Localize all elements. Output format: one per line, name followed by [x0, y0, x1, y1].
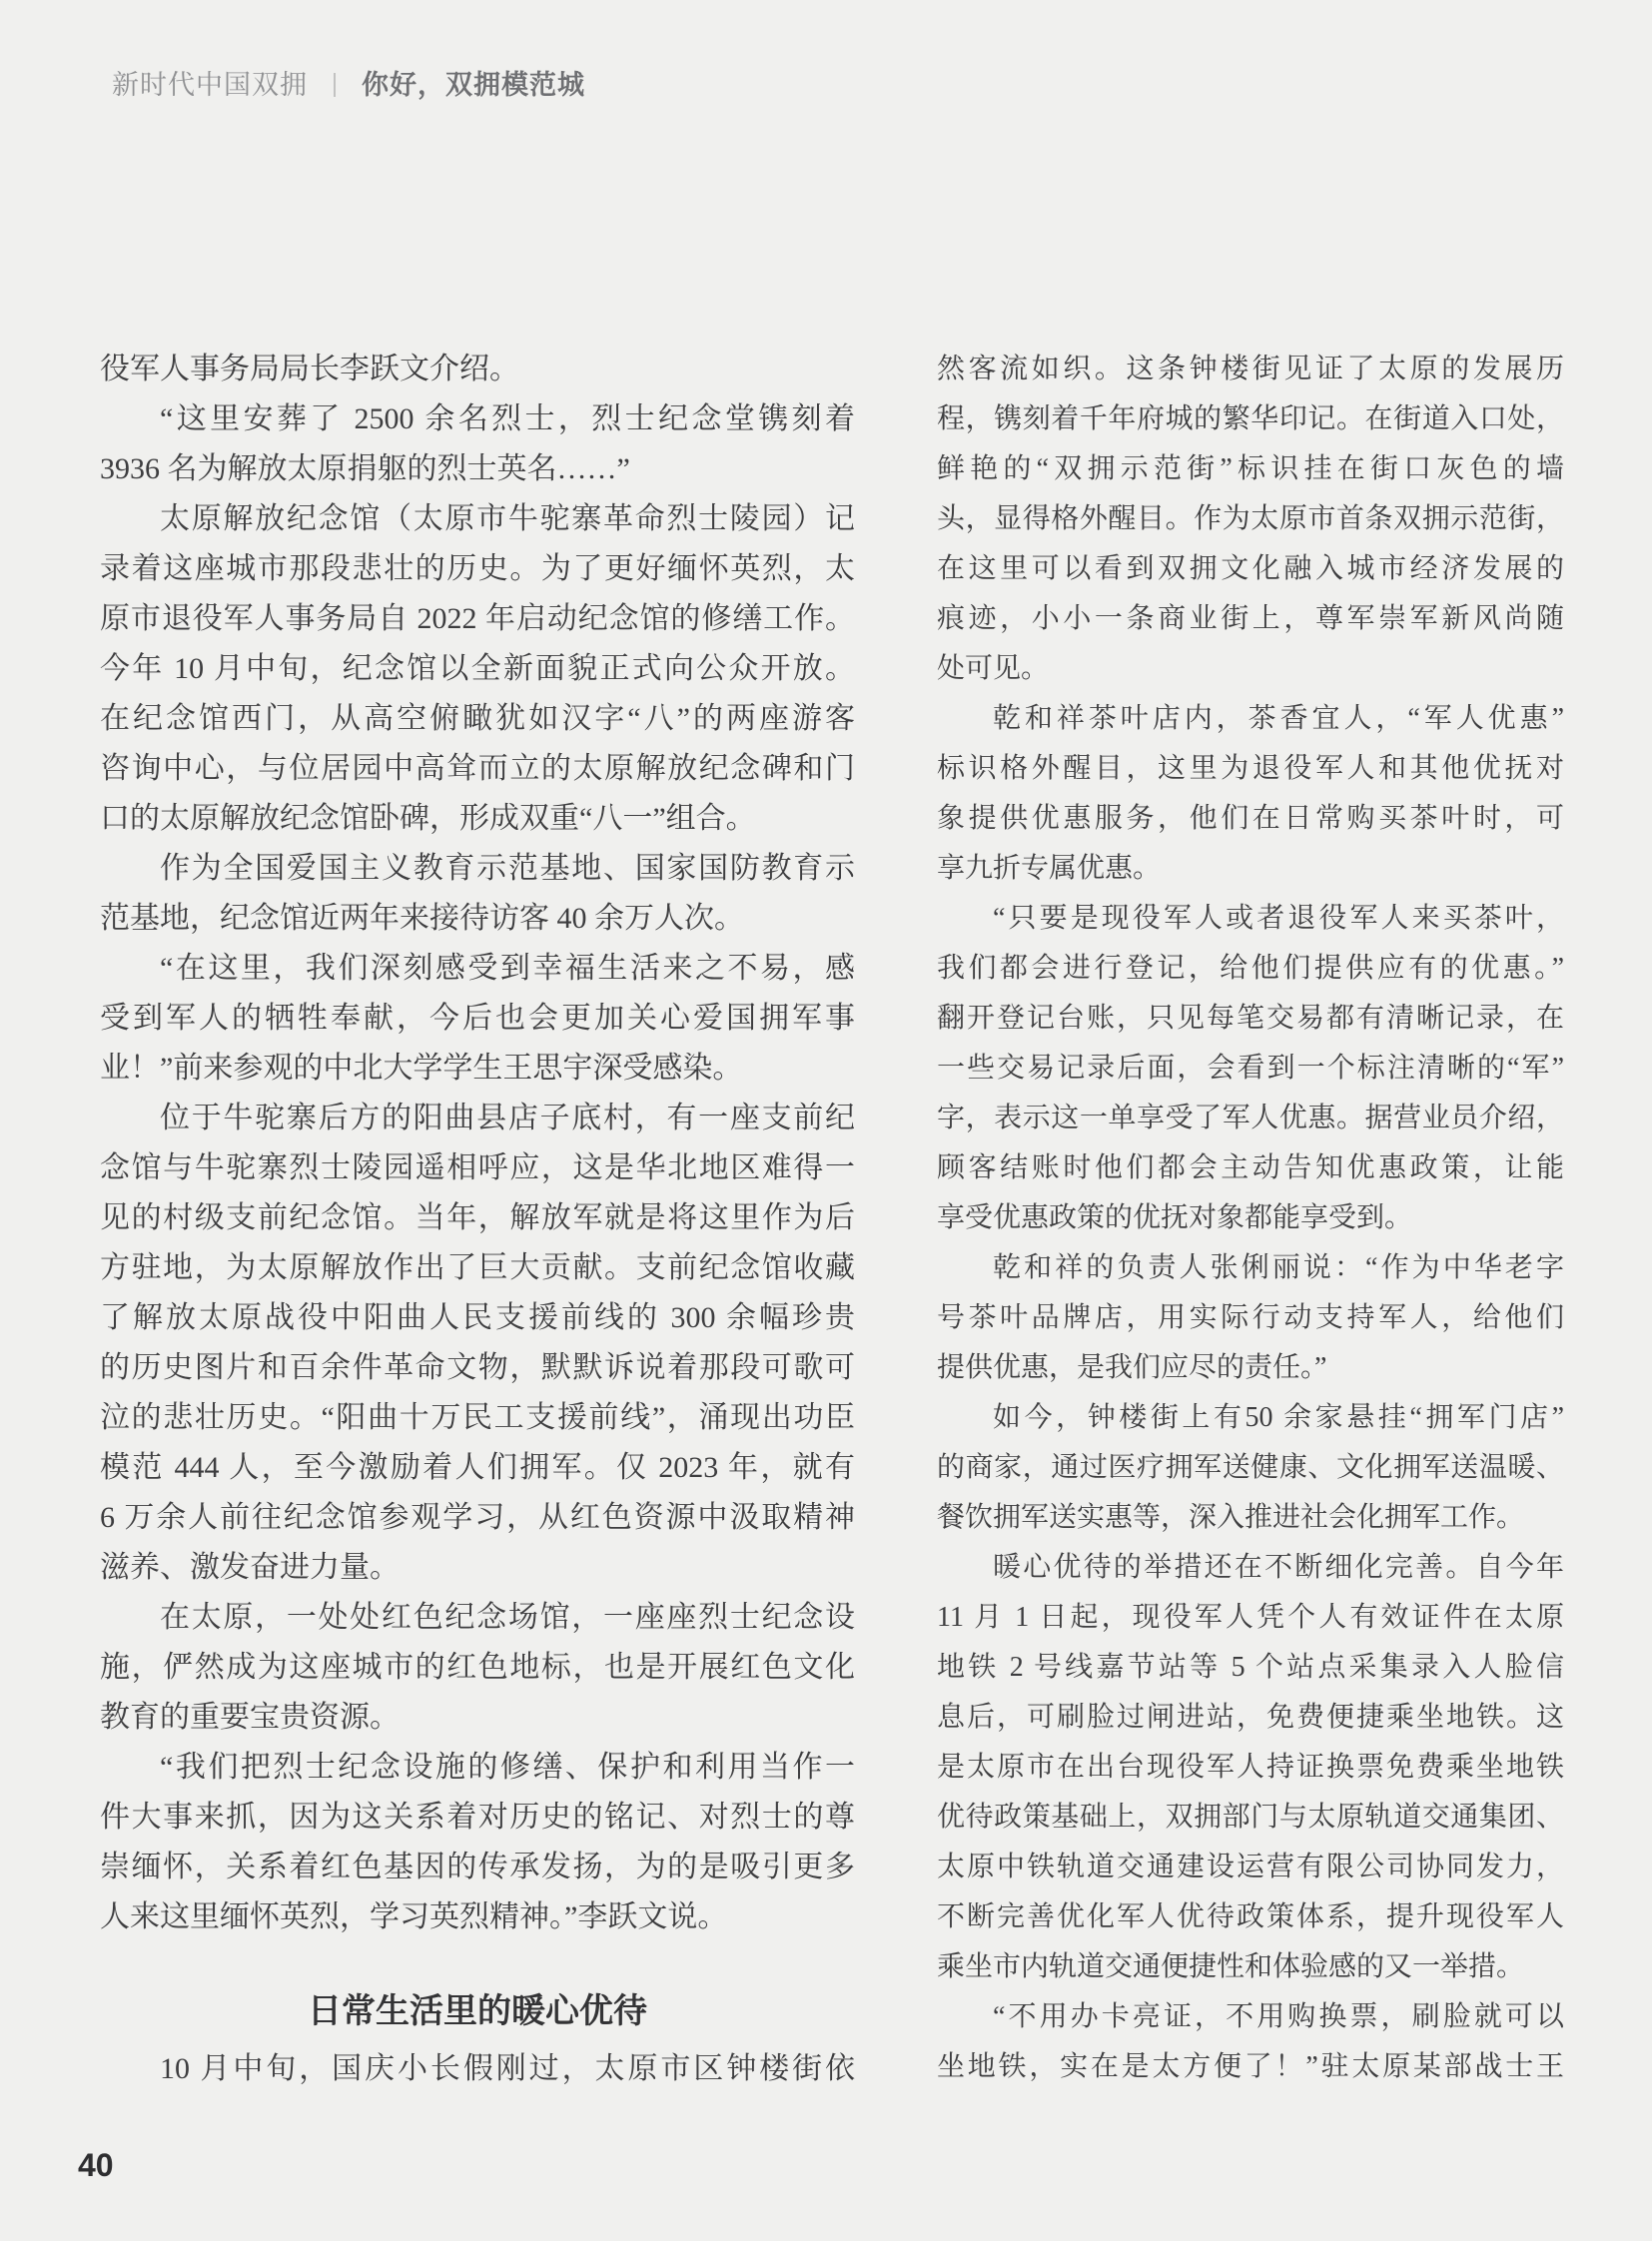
paragraph: “只要是现役军人或者退役军人来买茶叶，我们都会进行登记，给他们提供应有的优惠。”…	[937, 894, 1564, 1243]
paragraph: 太原解放纪念馆（太原市牛驼寨革命烈士陵园）记录着这座城市那段悲壮的历史。为了更好…	[100, 494, 855, 844]
text-line: 的商家，通过医疗拥军送健康、文化拥军送温暖、	[937, 1443, 1564, 1493]
text-line: 如今，钟楼街上有50 余家悬挂“拥军门店”	[937, 1393, 1564, 1443]
paragraph: 乾和祥茶叶店内，茶香宜人，“军人优惠”标识格外醒目，这里为退役军人和其他优抚对象…	[937, 694, 1564, 894]
text-line: “我们把烈士纪念设施的修缮、保护和利用当作一	[100, 1743, 855, 1793]
text-line: 餐饮拥军送实惠等，深入推进社会化拥军工作。	[937, 1493, 1564, 1543]
paragraph: “在这里，我们深刻感受到幸福生活来之不易，感受到军人的牺牲奉献，今后也会更加关心…	[100, 944, 855, 1094]
text-line: 暖心优待的举措还在不断细化完善。自今年	[937, 1543, 1564, 1593]
text-line: 号茶叶品牌店，用实际行动支持军人，给他们	[937, 1293, 1564, 1343]
text-line: 见的村级支前纪念馆。当年，解放军就是将这里作为后	[100, 1193, 855, 1243]
text-line: 享九折专属优惠。	[937, 844, 1564, 894]
text-line: “这里安葬了 2500 余名烈士，烈士纪念堂镌刻着	[100, 394, 855, 444]
text-line: 原市退役军人事务局自 2022 年启动纪念馆的修缮工作。	[100, 594, 855, 644]
text-line: 程，镌刻着千年府城的繁华印记。在街道入口处，	[937, 394, 1564, 444]
text-line: 痕迹，小小一条商业街上，尊军崇军新风尚随	[937, 594, 1564, 644]
text-line: 息后，可刷脸过闸进站，免费便捷乘坐地铁。这	[937, 1693, 1564, 1743]
text-line: 字，表示这一单享受了军人优惠。据营业员介绍，	[937, 1094, 1564, 1143]
text-line: 鲜艳的“双拥示范街”标识挂在街口灰色的墙	[937, 444, 1564, 494]
text-line: 在太原，一处处红色纪念场馆，一座座烈士纪念设	[100, 1593, 855, 1643]
text-line: 6 万余人前往纪念馆参观学习，从红色资源中汲取精神	[100, 1493, 855, 1543]
text-line: 位于牛驼寨后方的阳曲县店子底村，有一座支前纪	[100, 1094, 855, 1143]
text-line: 在纪念馆西门，从高空俯瞰犹如汉字“八”的两座游客	[100, 694, 855, 744]
text-line: 录着这座城市那段悲壮的历史。为了更好缅怀英烈，太	[100, 544, 855, 594]
text-line: 泣的悲壮历史。“阳曲十万民工支援前线”，涌现出功臣	[100, 1393, 855, 1443]
text-line: 受到军人的牺牲奉献，今后也会更加关心爱国拥军事	[100, 994, 855, 1044]
text-line: 模范 444 人，至今激励着人们拥军。仅 2023 年，就有	[100, 1443, 855, 1493]
page-footer: 40	[78, 2147, 114, 2184]
text-line: 崇缅怀，关系着红色基因的传承发扬，为的是吸引更多	[100, 1843, 855, 1892]
text-line: 坐地铁，实在是太方便了！”驻太原某部战士王	[937, 2042, 1564, 2092]
paragraph: “这里安葬了 2500 余名烈士，烈士纪念堂镌刻着3936 名为解放太原捐躯的烈…	[100, 394, 855, 494]
text-line: 教育的重要宝贵资源。	[100, 1693, 855, 1743]
text-line: 乾和祥茶叶店内，茶香宜人，“军人优惠”	[937, 694, 1564, 744]
text-line: 滋养、激发奋进力量。	[100, 1543, 855, 1593]
text-line: 11 月 1 日起，现役军人凭个人有效证件在太原	[937, 1593, 1564, 1643]
text-line: 3936 名为解放太原捐躯的烈士英名……”	[100, 444, 855, 494]
magazine-page: 新时代中国双拥 你好，双拥模范城 役军人事务局局长李跃文介绍。“这里安葬了 25…	[0, 0, 1652, 2241]
text-line: 太原解放纪念馆（太原市牛驼寨革命烈士陵园）记	[100, 494, 855, 544]
text-line: 了解放太原战役中阳曲人民支援前线的 300 余幅珍贵	[100, 1293, 855, 1343]
text-line: 施，俨然成为这座城市的红色地标，也是开展红色文化	[100, 1643, 855, 1693]
text-line: “在这里，我们深刻感受到幸福生活来之不易，感	[100, 944, 855, 994]
text-line: 今年 10 月中旬，纪念馆以全新面貌正式向公众开放。	[100, 644, 855, 694]
text-line: 人来这里缅怀英烈，学习英烈精神。”李跃文说。	[100, 1892, 855, 1942]
page-header: 新时代中国双拥 你好，双拥模范城	[112, 68, 585, 102]
paragraph: “我们把烈士纪念设施的修缮、保护和利用当作一件大事来抓，因为这关系着对历史的铭记…	[100, 1743, 855, 1942]
text-line: 是太原市在出台现役军人持证换票免费乘坐地铁	[937, 1743, 1564, 1793]
section-heading: 日常生活里的暖心优待	[100, 1986, 855, 2036]
text-line: 翻开登记台账，只见每笔交易都有清晰记录，在	[937, 994, 1564, 1044]
text-line: 象提供优惠服务，他们在日常购买茶叶时，可	[937, 794, 1564, 844]
paragraph: 然客流如织。这条钟楼街见证了太原的发展历程，镌刻着千年府城的繁华印记。在街道入口…	[937, 345, 1564, 694]
text-line: “不用办卡亮证，不用购换票，刷脸就可以	[937, 1992, 1564, 2042]
text-line: 10 月中旬，国庆小长假刚过，太原市区钟楼街依	[100, 2044, 855, 2094]
paragraph: 位于牛驼寨后方的阳曲县店子底村，有一座支前纪念馆与牛驼寨烈士陵园遥相呼应，这是华…	[100, 1094, 855, 1593]
text-line: 乾和祥的负责人张俐丽说：“作为中华老字	[937, 1243, 1564, 1293]
text-line: 咨询中心，与位居园中高耸而立的太原解放纪念碑和门	[100, 744, 855, 794]
text-line: 头，显得格外醒目。作为太原市首条双拥示范街，	[937, 494, 1564, 544]
column-left: 役军人事务局局长李跃文介绍。“这里安葬了 2500 余名烈士，烈士纪念堂镌刻着3…	[100, 345, 855, 2094]
column-right: 然客流如织。这条钟楼街见证了太原的发展历程，镌刻着千年府城的繁华印记。在街道入口…	[937, 345, 1564, 2092]
header-separator	[334, 73, 336, 97]
text-line: 口的太原解放纪念馆卧碑，形成双重“八一”组合。	[100, 794, 855, 844]
text-line: 作为全国爱国主义教育示范基地、国家国防教育示	[100, 844, 855, 894]
text-line: 太原中铁轨道交通建设运营有限公司协同发力，	[937, 1843, 1564, 1892]
paragraph: “不用办卡亮证，不用购换票，刷脸就可以坐地铁，实在是太方便了！”驻太原某部战士王	[937, 1992, 1564, 2092]
text-line: 乘坐市内轨道交通便捷性和体验感的又一举措。	[937, 1942, 1564, 1992]
paragraph: 乾和祥的负责人张俐丽说：“作为中华老字号茶叶品牌店，用实际行动支持军人，给他们提…	[937, 1243, 1564, 1393]
text-line: 范基地，纪念馆近两年来接待访客 40 余万人次。	[100, 894, 855, 944]
text-line: 提供优惠，是我们应尽的责任。”	[937, 1343, 1564, 1393]
text-line: 一些交易记录后面，会看到一个标注清晰的“军”	[937, 1044, 1564, 1094]
text-line: “只要是现役军人或者退役军人来买茶叶，	[937, 894, 1564, 944]
text-line: 念馆与牛驼寨烈士陵园遥相呼应，这是华北地区难得一	[100, 1143, 855, 1193]
text-line: 在这里可以看到双拥文化融入城市经济发展的	[937, 544, 1564, 594]
text-line: 役军人事务局局长李跃文介绍。	[100, 345, 855, 394]
text-line: 顾客结账时他们都会主动告知优惠政策，让能	[937, 1143, 1564, 1193]
text-line: 标识格外醒目，这里为退役军人和其他优抚对	[937, 744, 1564, 794]
text-line: 业！”前来参观的中北大学学生王思宇深受感染。	[100, 1044, 855, 1094]
text-line: 享受优惠政策的优抚对象都能享受到。	[937, 1193, 1564, 1243]
paragraph: 作为全国爱国主义教育示范基地、国家国防教育示范基地，纪念馆近两年来接待访客 40…	[100, 844, 855, 944]
header-series-label: 新时代中国双拥	[112, 68, 308, 102]
text-line: 的历史图片和百余件革命文物，默默诉说着那段可歌可	[100, 1343, 855, 1393]
paragraph: 在太原，一处处红色纪念场馆，一座座烈士纪念设施，俨然成为这座城市的红色地标，也是…	[100, 1593, 855, 1743]
text-line: 然客流如织。这条钟楼街见证了太原的发展历	[937, 345, 1564, 394]
text-line: 优待政策基础上，双拥部门与太原轨道交通集团、	[937, 1793, 1564, 1843]
paragraph: 暖心优待的举措还在不断细化完善。自今年11 月 1 日起，现役军人凭个人有效证件…	[937, 1543, 1564, 1992]
text-line: 处可见。	[937, 644, 1564, 694]
text-line: 方驻地，为太原解放作出了巨大贡献。支前纪念馆收藏	[100, 1243, 855, 1293]
header-article-title: 你好，双拥模范城	[362, 68, 585, 102]
page-number: 40	[78, 2147, 114, 2183]
paragraph: 役军人事务局局长李跃文介绍。	[100, 345, 855, 394]
text-line: 件大事来抓，因为这关系着对历史的铭记、对烈士的尊	[100, 1793, 855, 1843]
text-line: 不断完善优化军人优待政策体系，提升现役军人	[937, 1892, 1564, 1942]
text-line: 地铁 2 号线嘉节站等 5 个站点采集录入人脸信	[937, 1643, 1564, 1693]
text-line: 我们都会进行登记，给他们提供应有的优惠。”	[937, 944, 1564, 994]
paragraph: 如今，钟楼街上有50 余家悬挂“拥军门店”的商家，通过医疗拥军送健康、文化拥军送…	[937, 1393, 1564, 1543]
paragraph: 10 月中旬，国庆小长假刚过，太原市区钟楼街依	[100, 2044, 855, 2094]
